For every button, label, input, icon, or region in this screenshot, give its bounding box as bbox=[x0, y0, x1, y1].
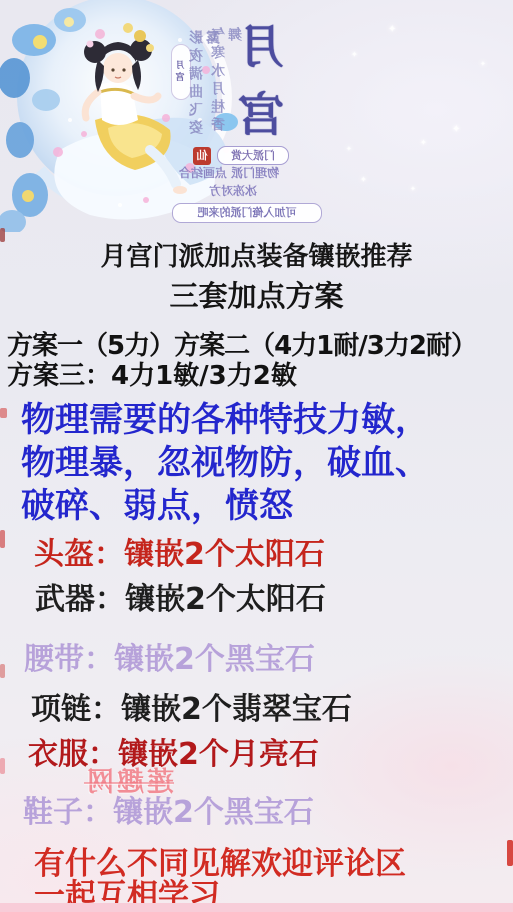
sparkle-icon: ✦ bbox=[410, 185, 416, 193]
sparkle-icon: ✦ bbox=[452, 124, 460, 135]
sparkle-icon: ✦ bbox=[420, 138, 427, 147]
equip-value: 镶嵌2个黑宝石 bbox=[114, 642, 315, 677]
equip-value: 镶嵌2个太阳石 bbox=[125, 582, 326, 617]
invite-pill: 可加入俺门派的来吧 bbox=[172, 203, 322, 223]
sparkle-icon: ✦ bbox=[480, 60, 486, 68]
guide-image: 月宫 影夜满曲飞姿露 气寒水月桂香舞 月宫 仙 门派大赏 物理门派 点画结合 冰… bbox=[0, 0, 513, 912]
edge-watermark-fragment bbox=[0, 530, 5, 548]
sparkle-icon: ✦ bbox=[360, 175, 367, 184]
sparkle-icon: ✦ bbox=[346, 145, 352, 153]
character-artwork bbox=[0, 0, 360, 232]
notes-line-1: 物理需要的各种特技力敏， bbox=[21, 399, 429, 442]
notes-line-3: 破碎、弱点，愤怒 bbox=[21, 485, 429, 528]
equip-label: 武器： bbox=[35, 582, 125, 617]
hero-banner: 月宫 影夜满曲飞姿露 气寒水月桂香舞 月宫 仙 门派大赏 物理门派 点画结合 冰… bbox=[0, 0, 513, 228]
edge-watermark-fragment bbox=[0, 408, 7, 418]
section-subtitle: 三套加点方案 bbox=[0, 274, 513, 315]
equip-label: 鞋子： bbox=[23, 795, 113, 830]
equip-value: 镶嵌2个太阳石 bbox=[124, 537, 325, 572]
equip-value: 镶嵌2个翡翠宝石 bbox=[121, 692, 352, 727]
bottom-pink-strip bbox=[0, 903, 513, 912]
watermark: 莲趣网 bbox=[84, 760, 174, 799]
equip-label: 头盔： bbox=[34, 537, 124, 572]
school-tagline-line2: 冰冻对方 bbox=[207, 182, 259, 199]
equip-belt-row: 腰带：镶嵌2个黑宝石 bbox=[24, 634, 315, 678]
page-title: 月宫门派加点装备镶嵌推荐 bbox=[0, 236, 513, 273]
equip-weapon-row: 武器：镶嵌2个太阳石 bbox=[35, 574, 326, 618]
notes-line-2: 物理暴，忽视物防，破血、 bbox=[21, 442, 429, 485]
edge-watermark-fragment bbox=[0, 664, 5, 678]
seal-stamp-icon: 仙 bbox=[193, 147, 211, 165]
plan-line-2: 方案三：4力1敏/3力2敏 bbox=[7, 355, 297, 392]
edge-watermark-fragment bbox=[0, 228, 5, 242]
equip-value: 镶嵌2个黑宝石 bbox=[113, 795, 314, 830]
notes-paragraph: 物理需要的各种特技力敏， 物理暴，忽视物防，破血、 破碎、弱点，愤怒 bbox=[21, 399, 429, 528]
equip-helmet-row: 头盔：镶嵌2个太阳石 bbox=[34, 529, 325, 573]
equip-necklace-row: 项链：镶嵌2个翡翠宝石 bbox=[31, 684, 352, 728]
sparkle-icon: ✦ bbox=[351, 50, 358, 59]
edge-watermark-fragment bbox=[0, 758, 5, 774]
school-tagline-line1: 物理门派 点画结合 bbox=[168, 164, 290, 181]
sparkle-icon: ✦ bbox=[388, 24, 396, 35]
class-name-title: 月宫 bbox=[231, 22, 297, 158]
equip-label: 项链： bbox=[31, 692, 121, 727]
edge-watermark-fragment bbox=[507, 840, 513, 866]
school-badge: 门派大赏 bbox=[217, 146, 289, 165]
equip-label: 腰带： bbox=[24, 642, 114, 677]
ribbon-label: 月宫 bbox=[171, 44, 191, 100]
